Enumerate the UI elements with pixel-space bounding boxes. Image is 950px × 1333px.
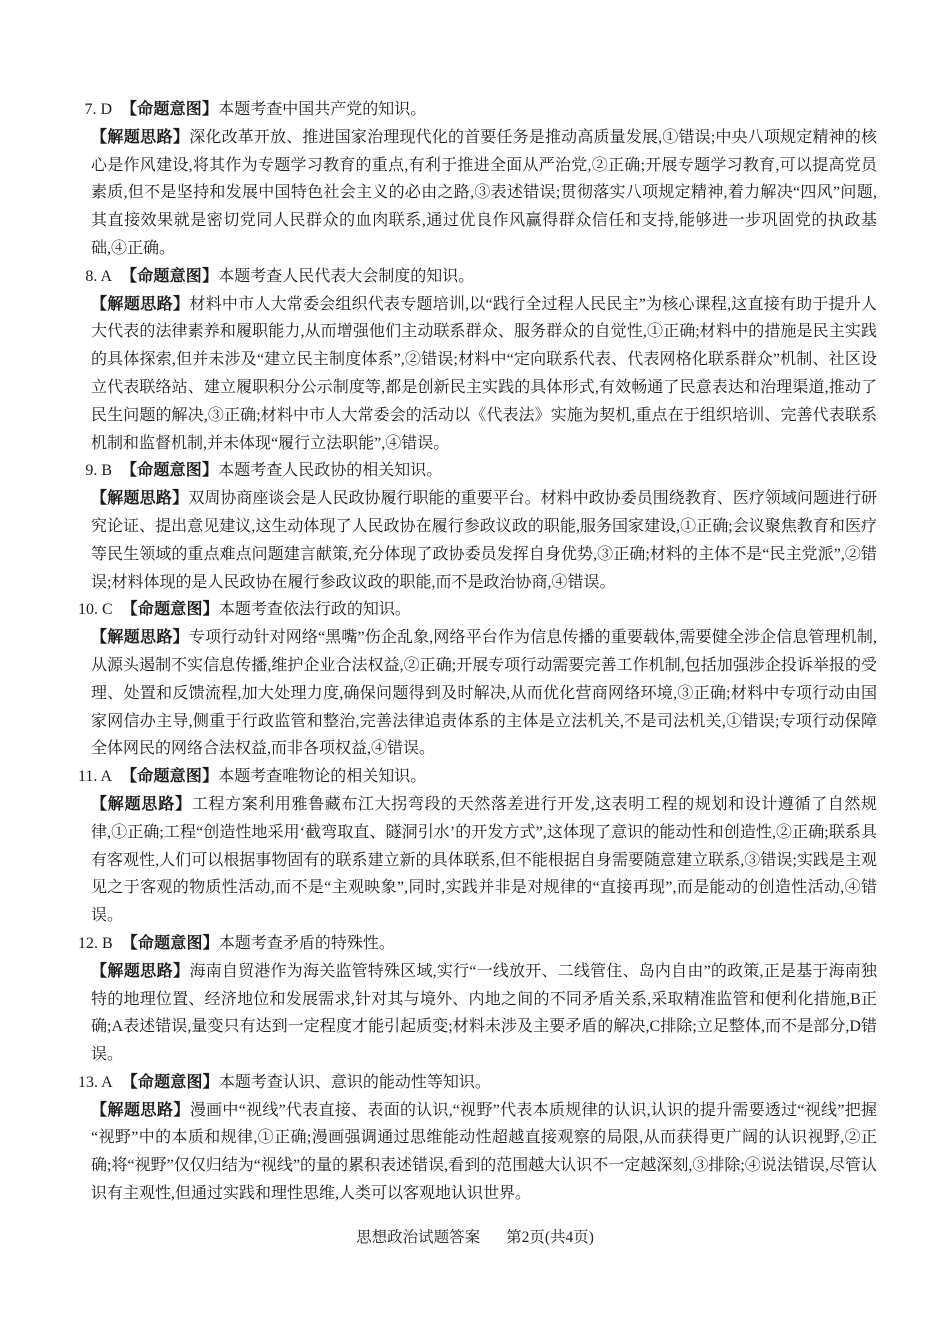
intent-text: 本题考查中国共产党的知识。	[218, 101, 426, 118]
intent-label: 【命题意图】	[121, 462, 218, 479]
analysis-label: 【解题思路】	[91, 1102, 190, 1119]
analysis-label: 【解题思路】	[91, 296, 189, 313]
answers-content: 7. D【命题意图】本题考查中国共产党的知识。 【解题思路】深化改革开放、推进国…	[0, 0, 950, 1208]
question-number: 10. C	[78, 596, 113, 624]
intent-text: 本题考查唯物论的相关知识。	[218, 768, 426, 785]
page-footer: 思想政治试题答案第2页(共4页)	[0, 1224, 950, 1252]
question-number: 8. A	[78, 263, 112, 291]
item-analysis: 【解题思路】漫画中“视线”代表直接、表面的认识,“视野”代表本质规律的认识,认识…	[91, 1097, 877, 1208]
item-analysis: 【解题思路】专项行动针对网络“黑嘴”伤企乱象,网络平台作为信息传播的重要载体,需…	[91, 624, 877, 763]
analysis-label: 【解题思路】	[91, 490, 188, 507]
item-head: 13. A【命题意图】本题考查认识、意识的能动性等知识。	[78, 1069, 877, 1097]
intent-label: 【命题意图】	[122, 601, 219, 618]
question-number: 7. D	[78, 96, 112, 124]
analysis-text: 海南自贸港作为海关监管特殊区域,实行“一线放开、二线管住、岛内自由”的政策,正是…	[91, 963, 877, 1063]
intent-text: 本题考查矛盾的特殊性。	[219, 935, 395, 952]
analysis-text: 漫画中“视线”代表直接、表面的认识,“视野”代表本质规律的认识,认识的提升需要透…	[91, 1102, 877, 1202]
answer-item-13: 13. A【命题意图】本题考查认识、意识的能动性等知识。 【解题思路】漫画中“视…	[78, 1069, 877, 1208]
question-number: 12. B	[78, 930, 113, 958]
analysis-text: 材料中市人大常委会组织代表专题培训,以“践行全过程人民民主”为核心课程,这直接有…	[91, 296, 877, 452]
answer-item-10: 10. C【命题意图】本题考查依法行政的知识。 【解题思路】专项行动针对网络“黑…	[78, 596, 877, 763]
item-analysis: 【解题思路】深化改革开放、推进国家治理现代化的首要任务是推动高质量发展,①错误;…	[91, 124, 877, 263]
intent-label: 【命题意图】	[121, 101, 218, 118]
answer-item-7: 7. D【命题意图】本题考查中国共产党的知识。 【解题思路】深化改革开放、推进国…	[78, 96, 877, 263]
item-head: 10. C【命题意图】本题考查依法行政的知识。	[78, 596, 877, 624]
intent-text: 本题考查认识、意识的能动性等知识。	[219, 1074, 491, 1091]
analysis-text: 深化改革开放、推进国家治理现代化的首要任务是推动高质量发展,①错误;中央八项规定…	[91, 129, 877, 257]
analysis-text: 双周协商座谈会是人民政协履行职能的重要平台。材料中政协委员围绕教育、医疗领域问题…	[91, 490, 877, 590]
item-head: 7. D【命题意图】本题考查中国共产党的知识。	[78, 96, 877, 124]
analysis-label: 【解题思路】	[91, 629, 189, 646]
item-analysis: 【解题思路】双周协商座谈会是人民政协履行职能的重要平台。材料中政协委员围绕教育、…	[91, 485, 877, 596]
question-number: 9. B	[78, 457, 112, 485]
intent-text: 本题考查人民政协的相关知识。	[218, 462, 442, 479]
answer-sheet-page: 7. D【命题意图】本题考查中国共产党的知识。 【解题思路】深化改革开放、推进国…	[0, 0, 950, 1333]
item-head: 8. A【命题意图】本题考查人民代表大会制度的知识。	[78, 263, 877, 291]
intent-label: 【命题意图】	[121, 768, 218, 785]
answer-item-12: 12. B【命题意图】本题考查矛盾的特殊性。 【解题思路】海南自贸港作为海关监管…	[78, 930, 877, 1069]
analysis-label: 【解题思路】	[91, 796, 192, 813]
item-analysis: 【解题思路】海南自贸港作为海关监管特殊区域,实行“一线放开、二线管住、岛内自由”…	[91, 958, 877, 1069]
answer-item-9: 9. B【命题意图】本题考查人民政协的相关知识。 【解题思路】双周协商座谈会是人…	[78, 457, 877, 596]
intent-label: 【命题意图】	[121, 268, 218, 285]
question-number: 13. A	[78, 1069, 113, 1097]
question-number: 11. A	[78, 763, 112, 791]
intent-label: 【命题意图】	[122, 935, 219, 952]
intent-label: 【命题意图】	[122, 1074, 219, 1091]
analysis-label: 【解题思路】	[91, 963, 189, 980]
item-analysis: 【解题思路】工程方案利用雅鲁藏布江大拐弯段的天然落差进行开发,这表明工程的规划和…	[91, 791, 877, 930]
analysis-label: 【解题思路】	[91, 129, 189, 146]
analysis-text: 专项行动针对网络“黑嘴”伤企乱象,网络平台作为信息传播的重要载体,需要健全涉企信…	[91, 629, 877, 757]
item-head: 9. B【命题意图】本题考查人民政协的相关知识。	[78, 457, 877, 485]
intent-text: 本题考查人民代表大会制度的知识。	[218, 268, 474, 285]
item-analysis: 【解题思路】材料中市人大常委会组织代表专题培训,以“践行全过程人民民主”为核心课…	[91, 291, 877, 458]
intent-text: 本题考查依法行政的知识。	[219, 601, 411, 618]
answer-item-8: 8. A【命题意图】本题考查人民代表大会制度的知识。 【解题思路】材料中市人大常…	[78, 263, 877, 458]
footer-doc-title: 思想政治试题答案	[356, 1229, 480, 1246]
item-head: 12. B【命题意图】本题考查矛盾的特殊性。	[78, 930, 877, 958]
item-head: 11. A【命题意图】本题考查唯物论的相关知识。	[78, 763, 877, 791]
footer-page-number: 第2页(共4页)	[506, 1229, 594, 1246]
answer-item-11: 11. A【命题意图】本题考查唯物论的相关知识。 【解题思路】工程方案利用雅鲁藏…	[78, 763, 877, 930]
analysis-text: 工程方案利用雅鲁藏布江大拐弯段的天然落差进行开发,这表明工程的规划和设计遵循了自…	[91, 796, 877, 924]
